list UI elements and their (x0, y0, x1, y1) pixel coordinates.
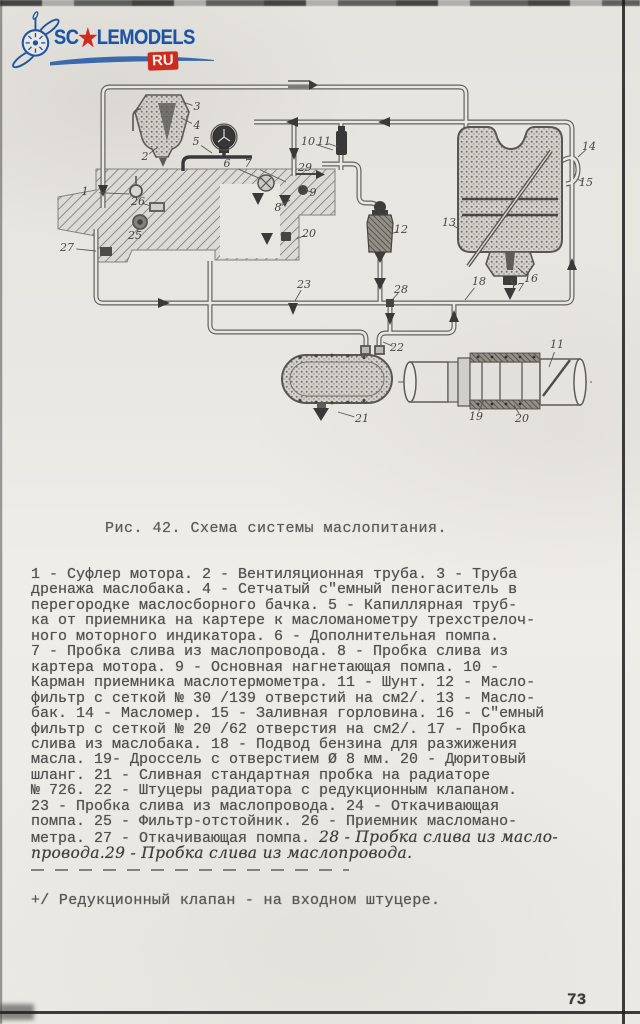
diagram-label-3: 3 (194, 100, 201, 113)
legend-line: дренажа маслобака. 4 - Сетчатый с"емный … (31, 582, 619, 597)
oil-radiator (282, 346, 392, 421)
diagram-label-13: 13 (442, 216, 456, 229)
oil-filter (367, 201, 393, 263)
scan-edge-bottom (0, 1011, 640, 1014)
diagram-label-23: 23 (296, 278, 311, 291)
logo-text-pre: SC (54, 26, 79, 49)
legend-text-typed: дренажа маслобака. 4 - Сетчатый с"емный … (31, 581, 517, 598)
diagram-label-1: 1 (82, 185, 89, 198)
shunt-component (336, 131, 347, 155)
legend-line: № 726. 22 - Штуцеры радиатора с редукцио… (31, 783, 619, 798)
legend-text-typed: Карман приемника маслотермометра. 11 - Ш… (31, 674, 535, 691)
footnote-separator (31, 869, 349, 871)
scanned-page: SC★LEMODELS RU (0, 0, 640, 1024)
diagram-label-20: 20 (514, 412, 529, 425)
legend-line: шланг. 21 - Сливная стандартная пробка н… (31, 768, 619, 783)
legend-text-typed: ка от приемника на картере к масломаноме… (31, 612, 535, 629)
legend-text-typed: № 726. 22 - Штуцеры радиатора с редукцио… (31, 782, 517, 799)
figure-caption: Рис. 42. Схема системы маслопитания. (105, 520, 447, 537)
legend-line: Карман приемника маслотермометра. 11 - Ш… (31, 675, 619, 690)
diagram-label-4: 4 (193, 119, 201, 132)
diagram-label-14: 14 (582, 140, 596, 153)
diagram-label-10: 10 (301, 135, 315, 148)
logo-text: SC★LEMODELS (54, 24, 195, 53)
propeller-blade-line (48, 52, 218, 68)
radiator-drain-arrow (313, 408, 329, 421)
legend-text-typed: 7 - Пробка слива из маслопровода. 8 - Пр… (31, 643, 508, 660)
legend-line: 7 - Пробка слива из маслопровода. 8 - Пр… (31, 644, 619, 659)
diagram-label-22: 22 (389, 341, 404, 354)
diagram-label-29: 29 (297, 161, 312, 174)
diagram-label-19: 19 (469, 410, 483, 423)
diagram-label-11: 11 (317, 135, 331, 148)
footnote-text: +/ Редукционный клапан - на входном штуц… (31, 892, 440, 909)
diagram-label-2: 2 (141, 150, 149, 163)
diagram-label-6: 6 (224, 157, 231, 170)
pipe-detail-section (398, 353, 592, 409)
diagram-label-17: 17 (510, 281, 524, 294)
legend-text-hand: 28 - Пробка слива из масло- (319, 828, 558, 846)
legend-text-typed: шланг. 21 - Сливная стандартная пробка н… (31, 767, 490, 784)
diagram-label-21: 21 (354, 412, 369, 425)
legend-text-typed: картера мотора. 9 - Основная нагнетающая… (31, 659, 499, 676)
diagram-label-9: 9 (310, 186, 317, 199)
diagram-label-28: 28 (393, 283, 408, 296)
scan-corner-smudge (0, 1004, 34, 1020)
blade-shape (48, 52, 218, 68)
logo-text-post: LEMODELS (97, 26, 195, 49)
legend-line: провода.29 - Пробка слива из маслопровод… (31, 846, 619, 862)
legend-text-typed: фильтр с сеткой № 20 /62 отверстия на см… (31, 721, 526, 738)
diagram-label-16: 16 (524, 272, 538, 285)
scan-edge-left (0, 0, 2, 1024)
logo-badge-ru: RU (148, 51, 178, 70)
legend-text-hand: провода.29 - Пробка слива из маслопровод… (31, 844, 412, 862)
diagram-label-11: 11 (550, 338, 564, 351)
legend-line: ка от приемника на картере к масломаноме… (31, 613, 619, 628)
diagram-label-25: 25 (127, 229, 142, 242)
scalemodels-logo: SC★LEMODELS RU (8, 5, 213, 81)
diagram-label-8: 8 (275, 201, 282, 214)
oil-system-diagram: 1234567891011291213141516171820232822211… (35, 75, 625, 447)
legend-line: 23 - Пробка слива из маслопровода. 24 - … (31, 799, 619, 814)
legend-line: бак. 14 - Масломер. 15 - Заливная горлов… (31, 706, 619, 721)
legend-line: фильтр с сеткой № 30 /139 отверстий на с… (31, 691, 619, 706)
diagram-label-12: 12 (394, 223, 408, 236)
scavenge-pump (100, 247, 112, 256)
legend-line: фильтр с сеткой № 20 /62 отверстия на см… (31, 722, 619, 737)
legend-text-typed: перегородке маслосборного бачка. 5 - Кап… (31, 597, 517, 614)
diagram-label-7: 7 (245, 157, 252, 170)
page-number: 73 (567, 991, 586, 1009)
legend-line: перегородке маслосборного бачка. 5 - Кап… (31, 598, 619, 613)
diagram-label-15: 15 (579, 176, 593, 189)
legend-text-typed: бак. 14 - Масломер. 15 - Заливная горлов… (31, 705, 544, 722)
diagram-label-20: 20 (301, 227, 316, 240)
diagram-label-27: 27 (59, 241, 74, 254)
legend-text-typed: масла. 19- Дроссель с отверстием Ø 8 мм.… (31, 751, 526, 768)
legend-line: ного моторного индикатора. 6 - Дополните… (31, 629, 619, 644)
engine-block (58, 169, 335, 262)
thermo-receiver (150, 203, 164, 211)
figure-legend: 1 - Суфлер мотора. 2 - Вентиляционная тр… (31, 567, 619, 863)
legend-line: масла. 19- Дроссель с отверстием Ø 8 мм.… (31, 752, 619, 767)
logo-star-icon: ★ (79, 25, 97, 52)
diagram-label-5: 5 (193, 135, 200, 148)
legend-line: картера мотора. 9 - Основная нагнетающая… (31, 660, 619, 675)
diagram-label-18: 18 (472, 275, 486, 288)
diagram-label-26: 26 (130, 195, 145, 208)
